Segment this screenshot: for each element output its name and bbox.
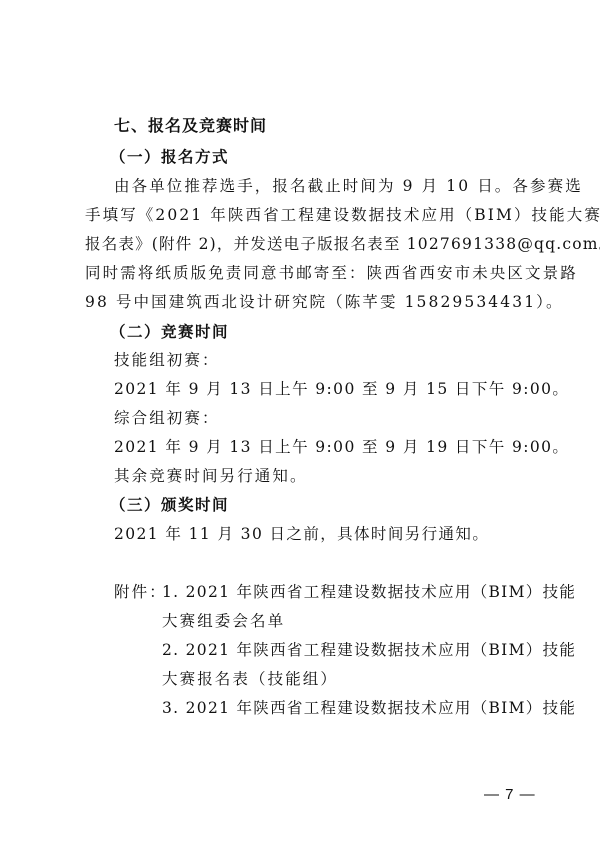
paragraph-line: 技能组初赛： (114, 350, 220, 370)
paragraph-line: 报名表》(附件 2)，并发送电子版报名表至 1027691338@qq.com。 (85, 234, 600, 254)
paragraph-line: 由各单位推荐选手，报名截止时间为 9 月 10 日。各参赛选 (114, 176, 583, 196)
paragraph-line: 同时需将纸质版免责同意书邮寄至：陕西省西安市未央区文景路 (85, 263, 578, 283)
attachment-item: 1. 2021 年陕西省工程建设数据技术应用（BIM）技能 (162, 582, 576, 602)
attachment-item: 大赛报名表（技能组） (162, 669, 338, 689)
attachment-item: 2. 2021 年陕西省工程建设数据技术应用（BIM）技能 (162, 640, 576, 660)
attachment-item: 3. 2021 年陕西省工程建设数据技术应用（BIM）技能 (162, 698, 576, 718)
page-number: — 7 — (484, 786, 536, 803)
attachments-label: 附件： (114, 582, 167, 602)
subsection-heading-award-time: （三）颁奖时间 (110, 495, 229, 515)
paragraph-line: 综合组初赛： (114, 408, 220, 428)
subsection-heading-registration: （一）报名方式 (110, 147, 229, 167)
section-title: 七、报名及竞赛时间 (114, 116, 267, 136)
paragraph-line: 2021 年 11 月 30 日之前，具体时间另行通知。 (114, 524, 489, 544)
attachment-item: 大赛组委会名单 (162, 611, 285, 631)
paragraph-line: 2021 年 9 月 13 日上午 9:00 至 9 月 15 日下午 9:00… (114, 379, 569, 399)
paragraph-line: 手填写《2021 年陕西省工程建设数据技术应用（BIM）技能大赛 (85, 205, 600, 225)
paragraph-line: 98 号中国建筑西北设计研究院（陈芊雯 15829534431）。 (85, 292, 564, 312)
paragraph-line: 2021 年 9 月 13 日上午 9:00 至 9 月 19 日下午 9:00… (114, 437, 569, 457)
paragraph-line: 其余竞赛时间另行通知。 (114, 466, 308, 486)
subsection-heading-competition-time: （二）竞赛时间 (110, 322, 229, 342)
